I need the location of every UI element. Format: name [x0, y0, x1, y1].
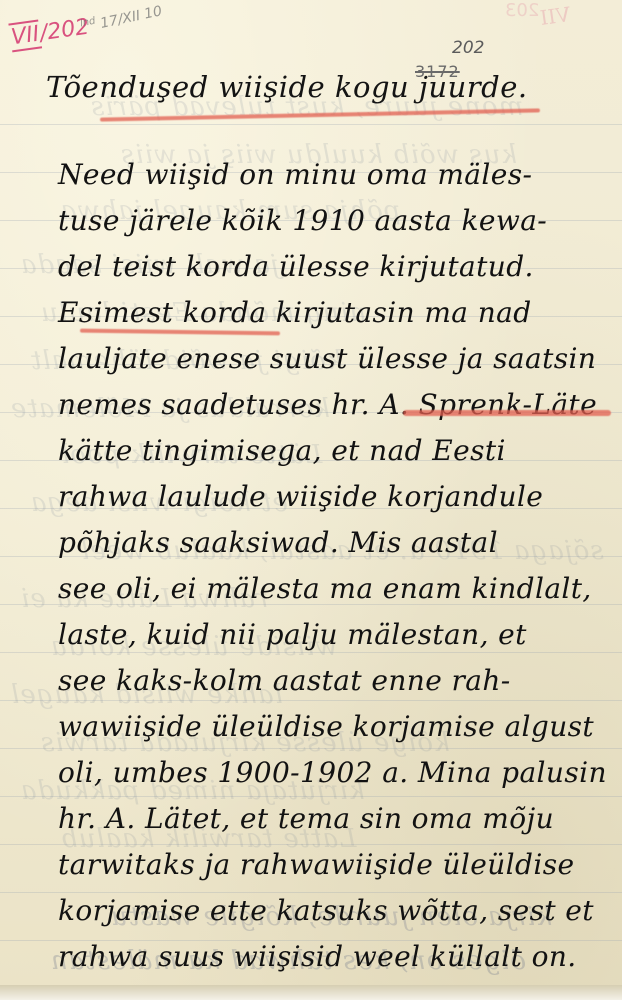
handwritten-line: Need wiişid on minu oma mäles- — [58, 158, 532, 191]
handwritten-line: nemes saadetuses hr. A. Sprenk-Läte — [58, 388, 597, 421]
pencil-date-note: lnd 17/XII 10 — [79, 2, 163, 36]
ruled-line — [0, 892, 622, 893]
ghost-page-number: 203 — [505, 0, 539, 21]
handwritten-line: wawiişide üleüldise korjamise algust — [58, 710, 594, 743]
pencil-superscript: lnd — [79, 16, 96, 30]
document-title: Tõenduşed wiişide kogu juurde. — [46, 70, 528, 104]
handwritten-line: hr. A. Lätet, et tema sin oma mõju — [58, 802, 554, 835]
ghost-archive-mark: VII — [538, 2, 571, 30]
pencil-date: 17/XII 10 — [99, 3, 164, 32]
handwritten-line: oli, umbes 1900-1902 a. Mina palusin — [58, 756, 607, 789]
handwritten-line: see oli, ei mälesta ma enam kindlalt, — [58, 572, 592, 605]
handwritten-line: põhjaks saaksiwad. Mis aastal — [58, 526, 498, 559]
handwritten-line: rahwa suus wiişisid weel küllalt on. — [58, 940, 577, 973]
manuscript-page: mõne juure, kust tulevad päris kus wõib … — [0, 0, 622, 990]
handwritten-line: laulјate enese suust ülesse ja saatsin — [58, 342, 596, 375]
red-pencil-underline — [80, 329, 280, 336]
handwritten-line: laste, kuid nii palju mälestan, et — [58, 618, 527, 651]
handwritten-line: tarwitaks ja rahwawiişide üleüldise — [58, 848, 574, 881]
handwritten-line: kätte tingimisega, et nad Eesti — [58, 434, 506, 467]
archive-roman-numeral: VII — [8, 19, 42, 52]
red-pencil-underline — [403, 410, 611, 416]
handwritten-line: rahwa laulude wiişide korjandule — [58, 480, 543, 513]
handwritten-line: tuse järele kõik 1910 aasta kewa- — [58, 204, 547, 237]
handwritten-line: see kaks-kolm aastat enne rah- — [58, 664, 511, 697]
ruled-line — [0, 124, 622, 125]
paper-bottom-edge — [0, 985, 622, 1000]
handwritten-line: del teist korda ülesse kirjutatud. — [58, 250, 534, 283]
handwritten-line: Esimest korda kirjutasin ma nad — [58, 296, 532, 329]
page-number: 202 — [452, 38, 484, 58]
handwritten-line: korjamise ette katsuks wõtta, sest et — [58, 894, 594, 927]
